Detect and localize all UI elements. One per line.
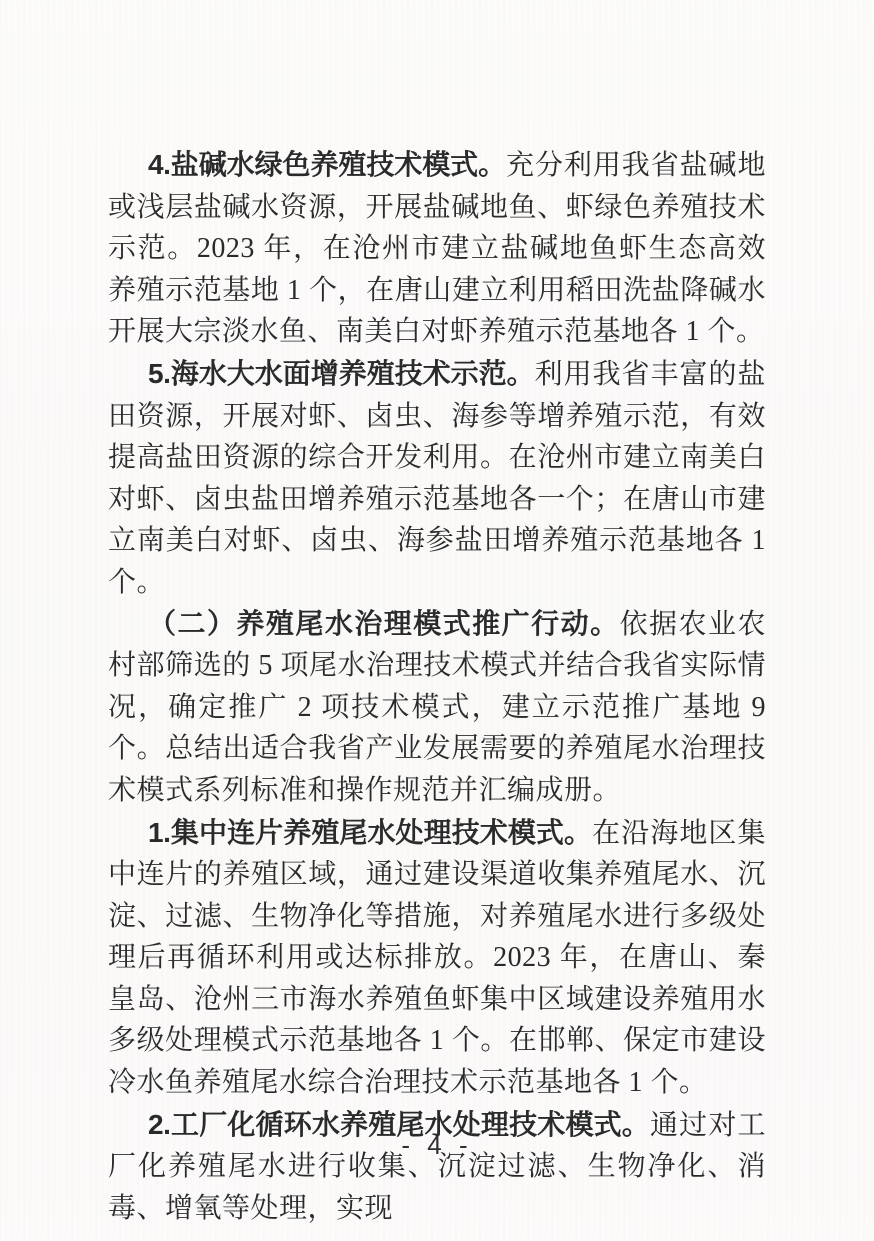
paragraph-heading: （二）养殖尾水治理模式推广行动。 [148, 609, 620, 640]
paragraph-seawater-surface-aquaculture: 5.海水大水面增养殖技术示范。利用我省丰富的盐田资源，开展对虾、卤虫、海参等增养… [108, 353, 766, 604]
paragraph-factory-recirculating-model: 2.工厂化循环水养殖尾水处理技术模式。通过对工厂化养殖尾水进行收集、沉淀过滤、生… [108, 1104, 766, 1230]
paragraph-saline-alkali-aquaculture: 4.盐碱水绿色养殖技术模式。充分利用我省盐碱地或浅层盐碱水资源，开展盐碱地鱼、虾… [108, 144, 766, 353]
paragraph-heading: 1.集中连片养殖尾水处理技术模式。 [148, 817, 592, 848]
paragraph-tailwater-treatment-action: （二）养殖尾水治理模式推广行动。依据农业农村部筛选的 5 项尾水治理技术模式并结… [108, 604, 766, 812]
page-number: - 4 - [0, 1130, 874, 1161]
document-body: 4.盐碱水绿色养殖技术模式。充分利用我省盐碱地或浅层盐碱水资源，开展盐碱地鱼、虾… [108, 144, 766, 1229]
paragraph-text: 利用我省丰富的盐田资源，开展对虾、卤虫、海参等增养殖示范，有效提高盐田资源的综合… [108, 359, 766, 598]
scanned-document-page: 4.盐碱水绿色养殖技术模式。充分利用我省盐碱地或浅层盐碱水资源，开展盐碱地鱼、虾… [0, 0, 874, 1241]
paragraph-contiguous-tailwater-model: 1.集中连片养殖尾水处理技术模式。在沿海地区集中连片的养殖区域，通过建设渠道收集… [108, 812, 766, 1104]
paragraph-heading: 4.盐碱水绿色养殖技术模式。 [148, 149, 506, 180]
paragraph-text: 在沿海地区集中连片的养殖区域，通过建设渠道收集养殖尾水、沉淀、过滤、生物净化等措… [108, 818, 766, 1099]
paragraph-heading: 5.海水大水面增养殖技术示范。 [148, 358, 535, 389]
